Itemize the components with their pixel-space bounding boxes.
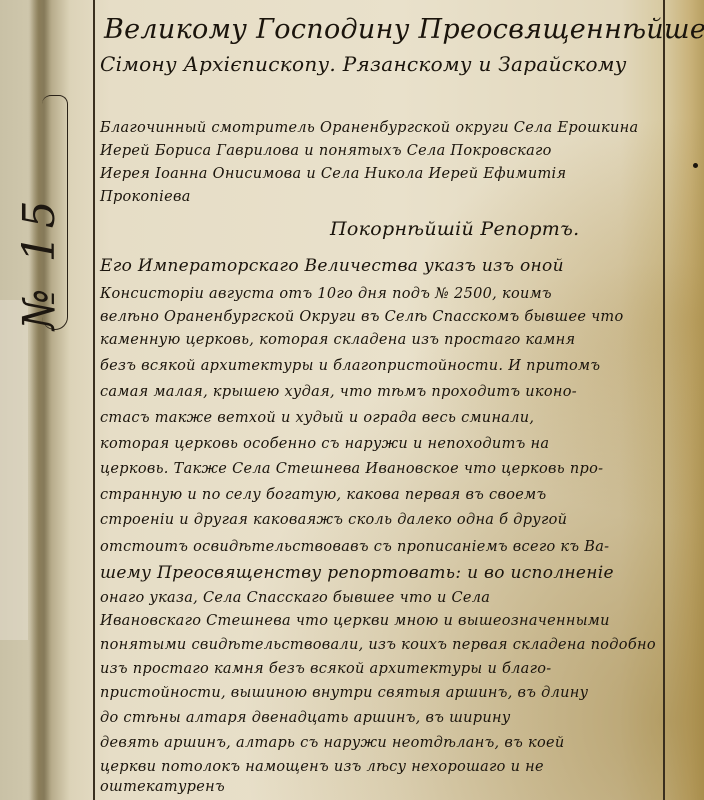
body-line: стасъ также ветхой и худый и ограда весь… (100, 410, 534, 426)
body-line: безъ всякой архитектуры и благопристойно… (100, 358, 600, 374)
body-line: онаго указа, Села Спасскаго бывшее что и… (100, 590, 490, 606)
body-line: до стѣны алтаря двенадцать аршинъ, въ ши… (100, 710, 511, 726)
body-line: отстоитъ освидѣтельствовавъ съ прописані… (100, 539, 609, 555)
body-line: велѣно Ораненбургской Округи въ Селѣ Спа… (100, 309, 624, 325)
sender-line-4: Прокопіева (100, 189, 191, 205)
body-line: Его Императорскаго Величества указъ изъ … (100, 256, 564, 276)
right-margin-rule (663, 0, 665, 800)
body-line: понятыми свидѣтельствовали, изъ коихъ пе… (100, 637, 656, 653)
body-line: изъ простаго камня безъ всякой архитекту… (100, 661, 551, 677)
body-line: церковь. Также Села Стешнева Ивановское … (100, 461, 603, 477)
margin-file-number: № 15 (14, 194, 65, 330)
paper-patch (0, 300, 28, 640)
body-line: Ивановскаго Стешнева что церкви мною и в… (100, 613, 610, 629)
manuscript-page: № 15 Великому Господину Преосвященнѣйшем… (0, 0, 704, 800)
body-line: строеніи и другая каковаяжъ сколь далеко… (100, 512, 567, 528)
sender-line-3: Иерея Іоанна Онисимова и Села Никола Иер… (100, 166, 566, 182)
address-line-1: Великому Господину Преосвященнѣйшему (104, 14, 704, 45)
sender-line-2: Иерей Бориса Гаврилова и понятыхъ Села П… (100, 143, 552, 159)
body-line: которая церковь особенно съ наружи и неп… (100, 436, 549, 452)
body-line: самая малая, крышею худая, что тѣмъ прох… (100, 384, 577, 400)
body-line: пристойности, вышиною внутри святыя арши… (100, 685, 588, 701)
address-line-2: Сімону Архієпископу. Рязанскому и Зарайс… (100, 52, 627, 76)
ink-dot (693, 163, 698, 168)
body-line: девять аршинъ, алтарь съ наружи неотдѣла… (100, 735, 565, 751)
body-line: шему Преосвященству репортовать: и во ис… (100, 563, 614, 583)
body-line: оштекатуренъ (100, 779, 225, 795)
body-line: странную и по селу богатую, какова перва… (100, 487, 546, 503)
body-line: каменную церковь, которая складена изъ п… (100, 332, 575, 348)
sender-line-1: Благочинный смотритель Ораненбургской ок… (100, 120, 638, 136)
body-line: Консисторіи августа отъ 10го дня подъ № … (100, 286, 552, 302)
document-title: Покорнѣйшій Репортъ. (330, 218, 579, 240)
left-margin-rule (93, 0, 95, 800)
body-line: церкви потолокъ намощенъ изъ лѣсу нехоро… (100, 759, 544, 775)
